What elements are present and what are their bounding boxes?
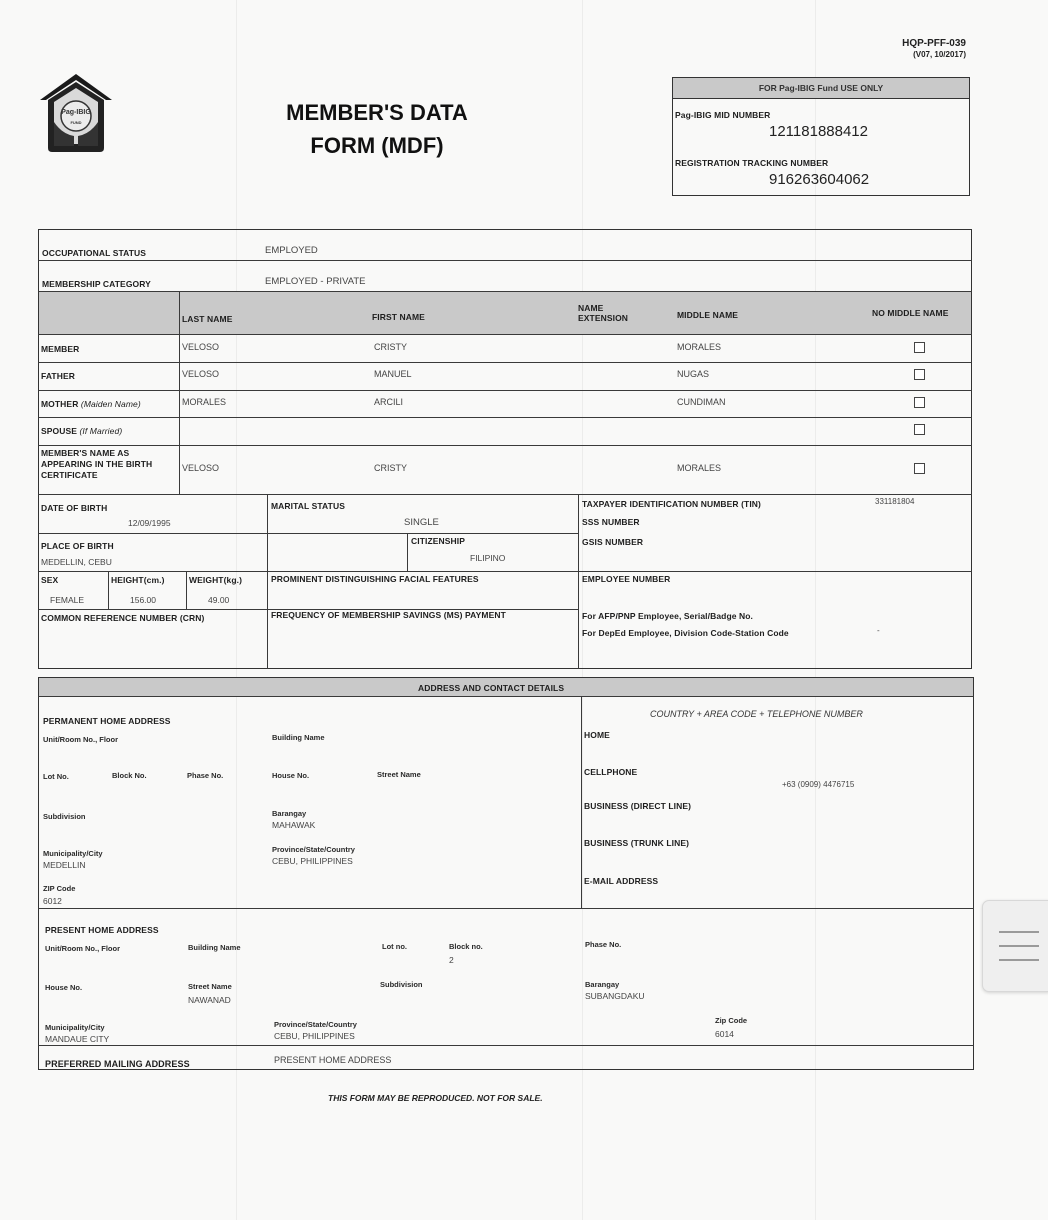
employee-number-label: EMPLOYEE NUMBER [582,574,670,584]
svg-text:Pag-IBIG: Pag-IBIG [61,109,91,116]
perm-house-label: House No. [272,771,309,780]
name-first-cell: CRISTY [374,342,407,352]
sex-value: FEMALE [50,595,84,605]
name-row-label: MOTHER (Maiden Name) [41,399,141,409]
height-value: 156.00 [130,595,156,605]
perm-barangay-value: MAHAWAK [272,820,315,830]
pres-block-label: Block no. [449,942,483,951]
perm-city-value: MEDELLIN [43,860,86,870]
perm-unit-label: Unit/Room No., Floor [43,735,118,744]
tin-value: 331181804 [875,497,914,506]
deped-label: For DepEd Employee, Division Code-Statio… [582,628,789,638]
name-last-cell: VELOSO [182,369,219,379]
ms-payment-frequency-label: FREQUENCY OF MEMBERSHIP SAVINGS (MS) PAY… [271,610,506,620]
dob-label: DATE OF BIRTH [41,503,107,513]
crn-label: COMMON REFERENCE NUMBER (CRN) [41,613,204,623]
pres-province-label: Province/State/Country [274,1020,357,1029]
perm-lot-label: Lot No. [43,772,69,781]
tin-label: TAXPAYER IDENTIFICATION NUMBER (TIN) [582,499,761,509]
perm-province-value: CEBU, PHILIPPINES [272,856,353,866]
pres-block-value: 2 [449,955,454,965]
col-name-extension: NAME EXTENSION [578,303,628,323]
pres-lot-label: Lot no. [382,942,407,951]
deped-value: - [877,626,880,635]
name-middle-cell: MORALES [677,463,721,473]
marital-status-value: SINGLE [404,517,439,528]
pres-city-value: MANDAUE CITY [45,1034,109,1044]
name-row-note: (Maiden Name) [78,399,140,409]
name-row-label: FATHER [41,371,75,381]
marital-status-label: MARITAL STATUS [271,501,345,511]
col-no-middle-name: NO MIDDLE NAME [872,308,948,318]
perm-zip-label: ZIP Code [43,884,75,893]
name-last-cell: VELOSO [182,463,219,473]
weight-label: WEIGHT(kg.) [189,575,242,585]
cellphone-label: CELLPHONE [584,767,637,777]
pres-building-label: Building Name [188,943,241,952]
perm-block-label: Block No. [112,771,147,780]
name-first-cell: MANUEL [374,369,412,379]
cellphone-value: +63 (0909) 4476715 [782,780,854,789]
page-title: MEMBER'S DATA FORM (MDF) [262,96,492,162]
mailing-address-label: PREFERRED MAILING ADDRESS [45,1059,190,1069]
no-middle-name-checkbox[interactable] [914,342,925,353]
weight-value: 49.00 [208,595,229,605]
pres-house-label: House No. [45,983,82,992]
no-middle-name-checkbox[interactable] [914,397,925,408]
name-middle-cell: CUNDIMAN [677,397,726,407]
sss-number-label: SSS NUMBER [582,517,640,527]
form-version: (V07, 10/2017) [902,50,966,59]
afp-pnp-label: For AFP/PNP Employee, Serial/Badge No. [582,611,753,621]
address-section-title: ADDRESS AND CONTACT DETAILS [418,683,564,693]
address-contact-table [38,677,974,1070]
occupational-status-label: OCCUPATIONAL STATUS [42,248,146,258]
svg-text:FUND: FUND [70,120,81,125]
pres-phase-label: Phase No. [585,940,621,949]
membership-category-label: MEMBERSHIP CATEGORY [42,279,151,289]
perm-building-label: Building Name [272,733,325,742]
name-middle-cell: NUGAS [677,369,709,379]
pres-zip-label: Zip Code [715,1016,747,1025]
col-first-name: FIRST NAME [372,312,425,322]
permanent-address-heading: PERMANENT HOME ADDRESS [43,716,171,726]
name-first-cell: CRISTY [374,463,407,473]
name-row-label: MEMBER'S NAME AS APPEARING IN THE BIRTH … [41,448,179,481]
sex-label: SEX [41,575,58,585]
pres-subdivision-label: Subdivision [380,980,423,989]
title-line-1: MEMBER'S DATA [262,96,492,129]
dob-value: 12/09/1995 [128,518,171,528]
perm-street-label: Street Name [377,770,421,779]
title-line-2: FORM (MDF) [262,129,492,162]
perm-zip-value: 6012 [43,896,62,906]
place-of-birth-value: MEDELLIN, CEBU [41,557,112,567]
rtn-value: 916263604062 [769,171,869,188]
pres-street-label: Street Name [188,982,232,991]
perm-city-label: Municipality/City [43,849,103,858]
height-label: HEIGHT(cm.) [111,575,165,585]
pres-barangay-value: SUBANGDAKU [585,991,645,1001]
membership-category-value: EMPLOYED - PRIVATE [265,276,365,287]
pres-city-label: Municipality/City [45,1023,105,1032]
no-middle-name-checkbox[interactable] [914,424,925,435]
phone-format-hint: COUNTRY + AREA CODE + TELEPHONE NUMBER [650,709,863,719]
name-last-cell: VELOSO [182,342,219,352]
gsis-number-label: GSIS NUMBER [582,537,643,547]
email-label: E-MAIL ADDRESS [584,876,658,886]
perm-subdivision-label: Subdivision [43,812,86,821]
mailing-address-value: PRESENT HOME ADDRESS [274,1055,391,1065]
col-last-name: LAST NAME [182,314,232,324]
occupational-status-value: EMPLOYED [265,245,318,256]
no-middle-name-checkbox[interactable] [914,369,925,380]
citizenship-label: CITIZENSHIP [411,536,465,546]
citizenship-value: FILIPINO [470,553,505,563]
business-direct-label: BUSINESS (DIRECT LINE) [584,801,691,811]
pres-province-value: CEBU, PHILIPPINES [274,1031,355,1041]
name-last-cell: MORALES [182,397,226,407]
footer-note: THIS FORM MAY BE REPRODUCED. NOT FOR SAL… [328,1093,543,1103]
rtn-label: REGISTRATION TRACKING NUMBER [675,158,828,168]
name-first-cell: ARCILI [374,397,403,407]
fund-use-box: FOR Pag-IBIG Fund USE ONLY Pag-IBIG MID … [672,77,970,196]
perm-province-label: Province/State/Country [272,845,355,854]
present-address-heading: PRESENT HOME ADDRESS [45,925,159,935]
facial-features-label: PROMINENT DISTINGUISHING FACIAL FEATURES [271,574,479,584]
fund-use-heading: FOR Pag-IBIG Fund USE ONLY [673,78,969,99]
form-code-block: HQP-PFF-039 (V07, 10/2017) [902,38,966,59]
pres-zip-value: 6014 [715,1029,734,1039]
pres-barangay-label: Barangay [585,980,619,989]
name-row-note: (If Married) [77,426,122,436]
name-middle-cell: MORALES [677,342,721,352]
mid-number-value: 121181888412 [769,123,868,140]
place-of-birth-label: PLACE OF BIRTH [41,541,114,551]
perm-barangay-label: Barangay [272,809,306,818]
viewer-menu-button[interactable] [982,900,1048,992]
col-middle-name: MIDDLE NAME [677,310,738,320]
mid-number-label: Pag-IBIG MID NUMBER [675,110,770,120]
pres-unit-label: Unit/Room No., Floor [45,944,120,953]
no-middle-name-checkbox[interactable] [914,463,925,474]
pres-street-value: NAWANAD [188,995,231,1005]
perm-phase-label: Phase No. [187,771,223,780]
business-trunk-label: BUSINESS (TRUNK LINE) [584,838,689,848]
name-row-label: MEMBER [41,344,79,354]
home-phone-label: HOME [584,730,610,740]
form-code: HQP-PFF-039 [902,38,966,49]
pag-ibig-logo: Pag-IBIG FUND [38,72,114,154]
name-row-label: SPOUSE (If Married) [41,426,122,436]
